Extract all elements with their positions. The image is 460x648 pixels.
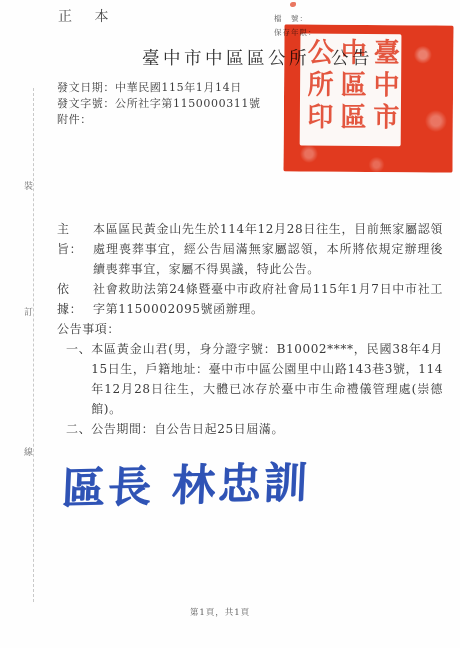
document-body: 主旨： 本區區民黃金山先生於114年12月28日往生，目前無家屬認領處理喪葬事宜…: [57, 219, 443, 439]
basis-text: 社會救助法第24條暨臺中市政府社會局115年1月7日中市社工字第11500020…: [93, 279, 443, 319]
district-chief-signature-stamp: 區長 林忠訓: [61, 449, 312, 517]
announcement-items-header: 公告事項：: [57, 319, 443, 339]
official-document-page: 正 本 檔 號： 保存年限： 臺中市中區區公所 公告 發文日期：中華民國115年…: [0, 0, 460, 648]
announcement-item-2: 二、 公告期間：自公告日起25日屆滿。: [66, 419, 443, 439]
doc-number-label: 發文字號：: [57, 97, 115, 110]
binding-mark-zhuang: 裝: [24, 179, 33, 192]
red-ink-speck: [290, 2, 296, 7]
subject-label: 主旨：: [57, 219, 93, 279]
attachment-row: 附件：: [57, 112, 261, 128]
subject-text: 本區區民黃金山先生於114年12月28日往生，目前無家屬認領處理喪葬事宜，經公告…: [93, 219, 443, 279]
item-2-number: 二、: [66, 419, 91, 439]
issue-date-label: 發文日期：: [57, 81, 115, 94]
doc-number-row: 發文字號：公所社字第1150000311號: [57, 96, 261, 112]
binding-dashed-line: [33, 88, 34, 602]
item-1-number: 一、: [66, 339, 91, 419]
subject-paragraph: 主旨： 本區區民黃金山先生於114年12月28日往生，目前無家屬認領處理喪葬事宜…: [57, 219, 443, 279]
binding-mark-ding: 訂: [24, 305, 33, 318]
attachment-label: 附件：: [57, 113, 92, 126]
item-2-text: 公告期間：自公告日起25日屆滿。: [91, 419, 443, 439]
issue-date-row: 發文日期：中華民國115年1月14日: [57, 80, 261, 96]
basis-label: 依據：: [57, 279, 93, 319]
basis-paragraph: 依據： 社會救助法第24條暨臺中市政府社會局115年1月7日中市社工字第1150…: [57, 279, 443, 319]
item-1-text: 本區黃金山君(男，身分證字號：B10002****，民國38年4月15日生，戶籍…: [91, 339, 443, 419]
issue-date-value: 中華民國115年1月14日: [115, 81, 242, 94]
copy-type-label: 正 本: [58, 6, 117, 26]
seal-script-text: 臺中市中區區公所印: [301, 38, 401, 143]
document-meta: 發文日期：中華民國115年1月14日 發文字號：公所社字第1150000311號…: [57, 80, 261, 128]
binding-mark-xian: 線: [24, 445, 33, 458]
doc-number-value: 公所社字第1150000311號: [115, 97, 261, 110]
archive-no-label: 檔 號：: [274, 12, 317, 26]
announcement-item-1: 一、 本區黃金山君(男，身分證字號：B10002****，民國38年4月15日生…: [66, 339, 443, 419]
official-red-seal: 臺中市中區區公所印: [283, 24, 453, 172]
page-number-footer: 第1頁，共1頁: [130, 606, 310, 618]
seal-inner-face: 臺中市中區區公所印: [300, 34, 402, 147]
